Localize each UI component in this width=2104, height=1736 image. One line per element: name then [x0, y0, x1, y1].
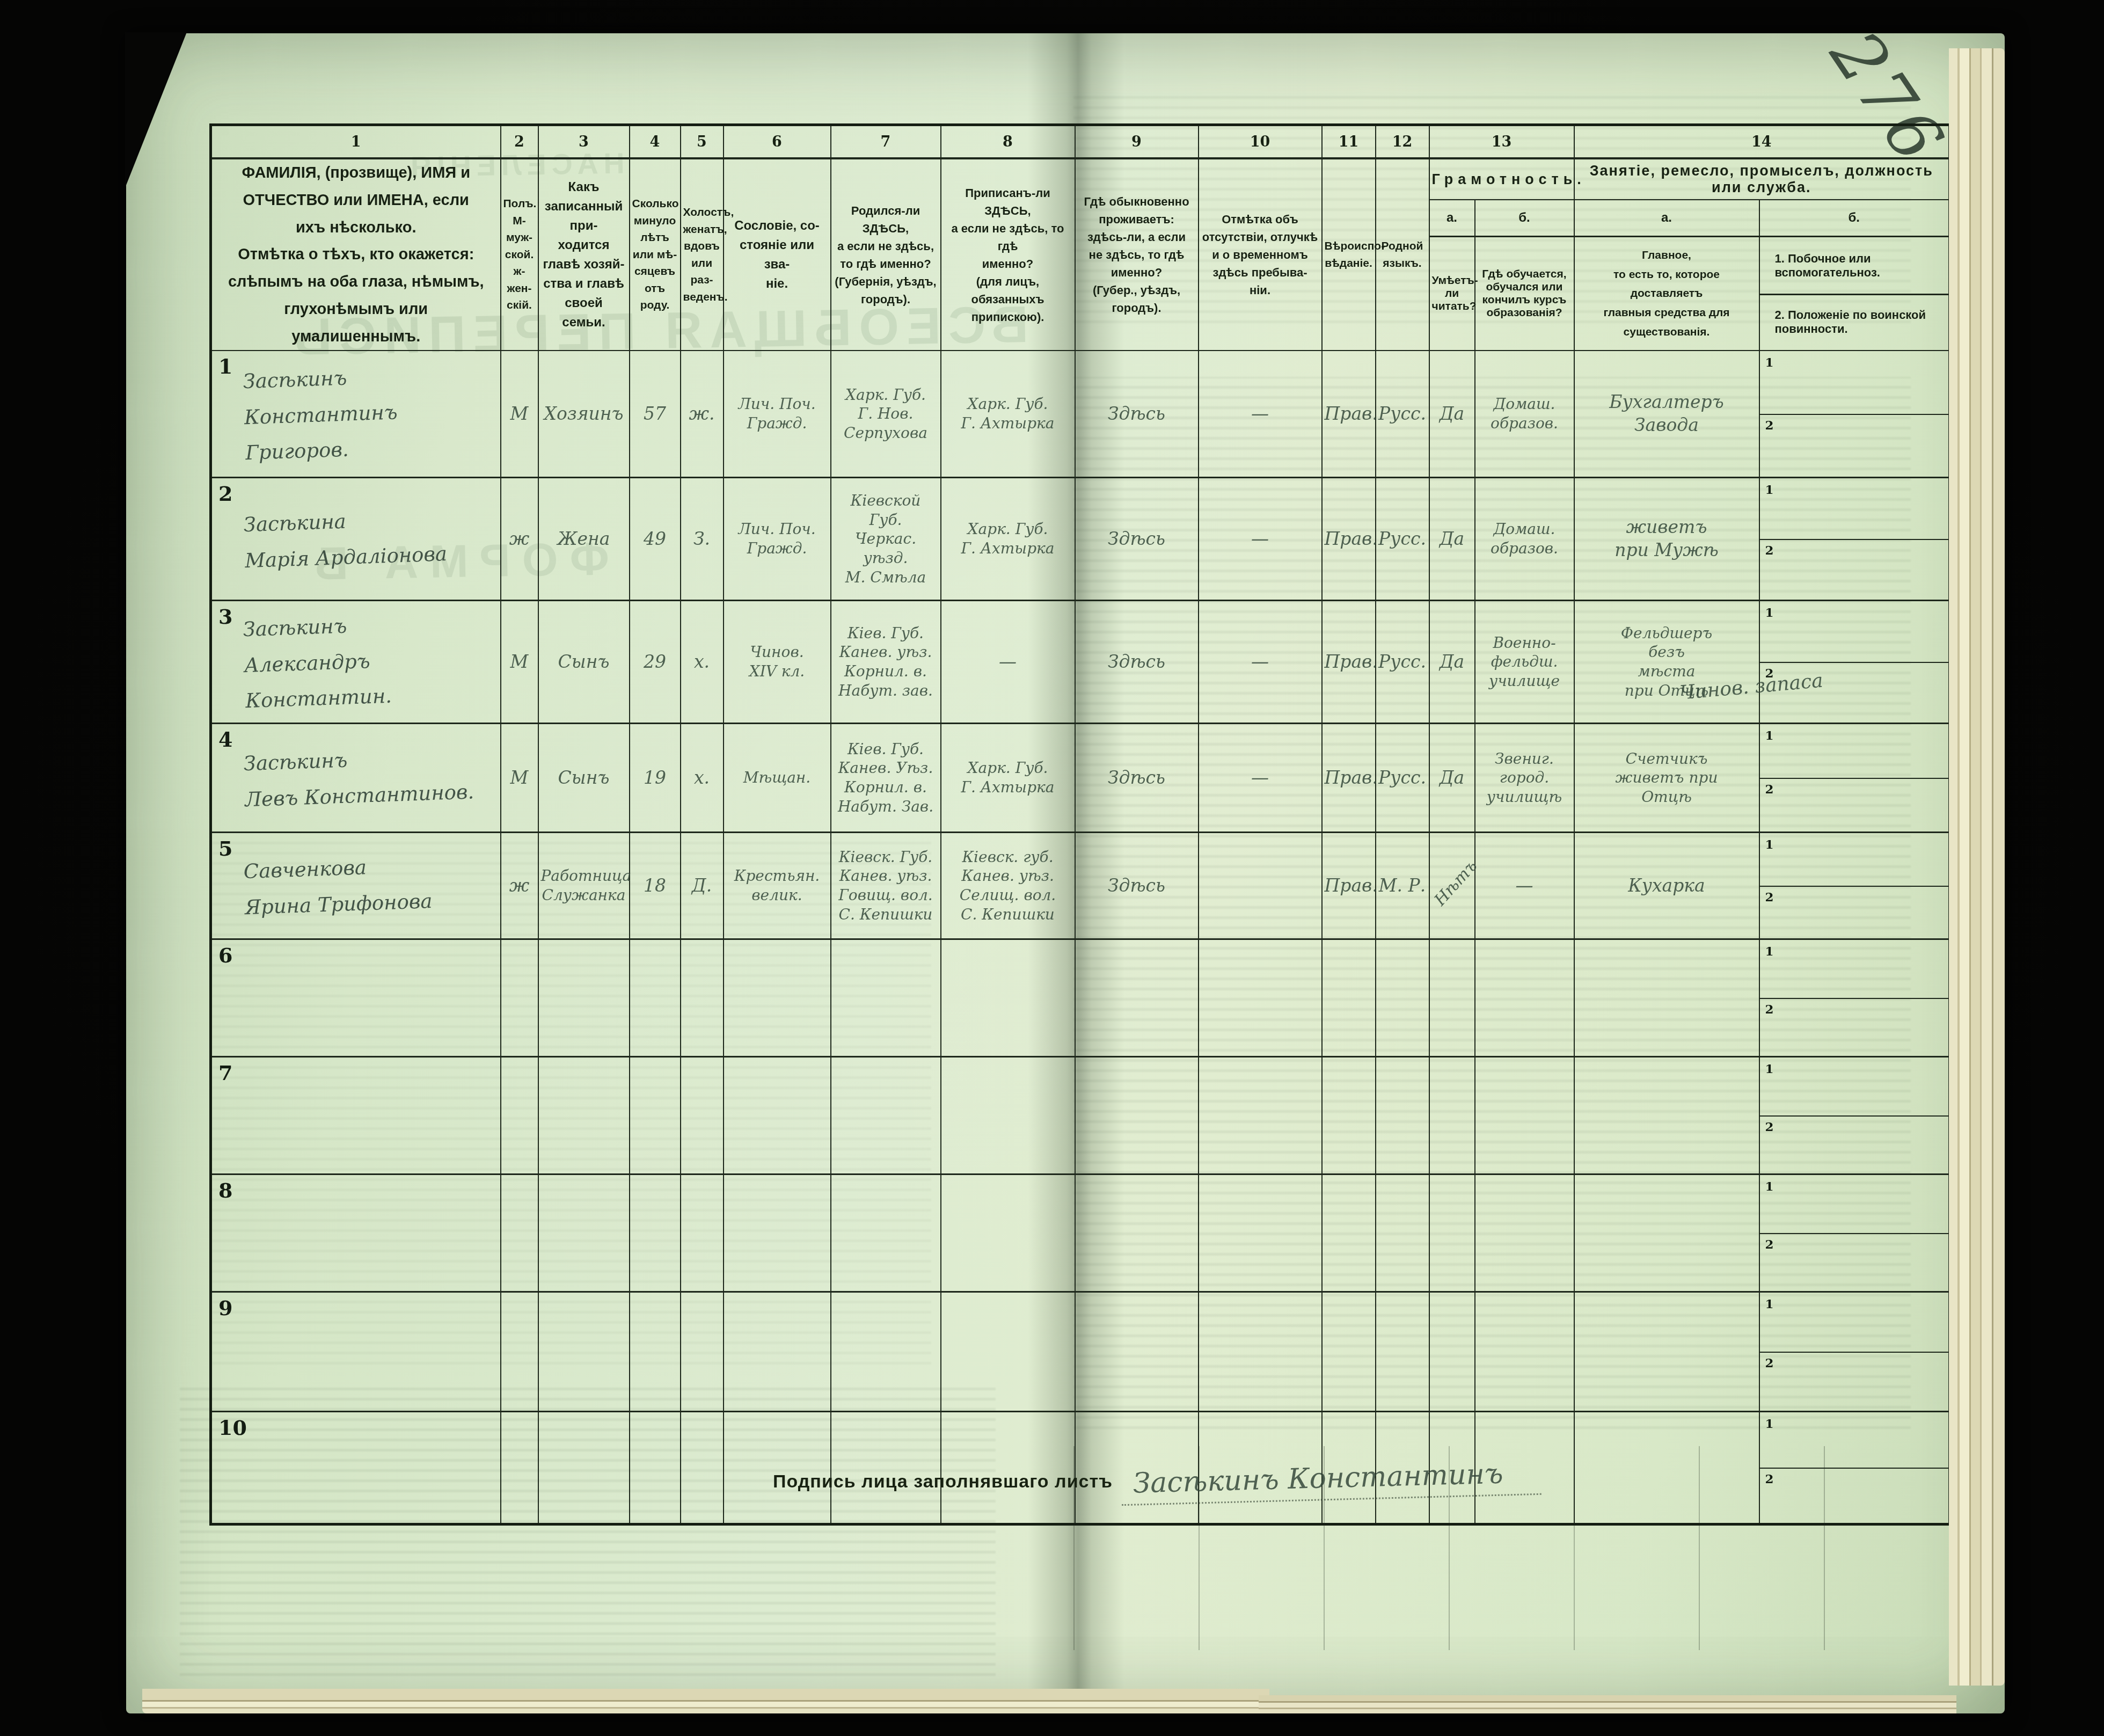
occupation-cell: Бухгалтеръ Завода	[1574, 351, 1759, 478]
language-cell	[1376, 1057, 1429, 1175]
military-status-item: 2. Положеніе по воинской повинности.	[1760, 294, 1949, 350]
residence-cell	[1075, 1057, 1199, 1175]
secondary-occupation-cell: 1 2	[1759, 833, 1950, 939]
col-header-main-occupation: Главное, то есть то, которое доставляетъ…	[1574, 237, 1759, 351]
sub-label-2: 2	[1765, 418, 1774, 433]
birthplace-cell	[831, 939, 941, 1057]
relation-cell: Сынъ	[538, 601, 630, 724]
sex-cell	[501, 1292, 538, 1412]
sex-cell	[501, 939, 538, 1057]
estate-cell	[724, 1292, 831, 1412]
col-header-name: ФАМИЛІЯ, (прозвище), ИМЯ и ОТЧЕСТВО или …	[211, 158, 501, 351]
name-cell: 6	[211, 939, 501, 1057]
census-table: 1 2 3 4 5 6 7 8 9 10 11 12 13 14 ФАМИЛІЯ…	[209, 123, 1951, 1526]
education-cell	[1475, 939, 1574, 1057]
sex-cell	[501, 1412, 538, 1525]
language-cell: М. Р.	[1376, 833, 1429, 939]
ascription-cell	[941, 939, 1075, 1057]
absence-cell	[1199, 1292, 1322, 1412]
signature-block: Подпись лица заполнявшаго листъ Засѣкинъ…	[773, 1462, 1541, 1500]
col-header-relation: Какъ записанный при- ходится главѣ хозяй…	[538, 158, 630, 351]
education-cell	[1475, 1175, 1574, 1292]
occupation-cell: Счетчикъ живетъ при Отцѣ	[1574, 724, 1759, 833]
residence-cell: Здѣсь	[1075, 478, 1199, 601]
scan-background: ВСЕОБЩАЯ ПЕРЕПИСЬ НАСЕЛЕНІЯ ФОРМА Б 276 …	[0, 0, 2104, 1736]
col-number-1: 1	[211, 125, 501, 159]
name-entry: Засѣкинъ Александръ Константин.	[213, 603, 500, 720]
birthplace-cell: Харк. Губ. Г. Нов. Серпухова	[831, 351, 941, 478]
secondary-occupation-cell: 1 2	[1759, 478, 1950, 601]
birthplace-cell	[831, 1175, 941, 1292]
relation-cell	[538, 1412, 630, 1525]
estate-cell: Лич. Поч. Гражд.	[724, 478, 831, 601]
secondary-occupation-item: 1. Побочное или вспомогательноз.	[1760, 237, 1949, 294]
religion-cell	[1322, 939, 1376, 1057]
estate-cell	[724, 939, 831, 1057]
row-number: 8	[218, 1178, 232, 1202]
education-cell	[1475, 1292, 1574, 1412]
ascription-cell: Кіевск. губ. Канев. уѣз. Селищ. вол. С. …	[941, 833, 1075, 939]
age-cell: 29	[630, 601, 681, 724]
name-cell: 3Засѣкинъ Александръ Константин.	[211, 601, 501, 724]
table-row: 1Засѣкинъ Константинъ Григоров. М Хозяин…	[211, 351, 1950, 478]
relation-cell	[538, 1057, 630, 1175]
table-row: 7 1 2	[211, 1057, 1950, 1175]
name-entry: Засѣкинъ Константинъ Григоров.	[213, 355, 500, 472]
education-cell: Звениг. город. училищѣ	[1475, 724, 1574, 833]
sub-label-1: 1	[1765, 606, 1774, 620]
ascription-cell: Харк. Губ. Г. Ахтырка	[941, 351, 1075, 478]
reads-cell: Да	[1429, 724, 1475, 833]
col-number-13: 13	[1429, 125, 1574, 159]
occupation-cell: живетъ при Мужѣ	[1574, 478, 1759, 601]
secondary-occupation-cell: 1 2 Чинов. запаса	[1759, 601, 1950, 724]
absence-cell	[1199, 1175, 1322, 1292]
residence-cell: Здѣсь	[1075, 601, 1199, 724]
sex-cell	[501, 1057, 538, 1175]
col-header-ascription: Приписанъ-ли ЗДѢСЬ, а если не здѣсь, то …	[941, 158, 1075, 351]
name-entry	[214, 1111, 498, 1120]
occupation-cell	[1574, 1057, 1759, 1175]
name-cell: 1Засѣкинъ Константинъ Григоров.	[211, 351, 501, 478]
column-header-row: ФАМИЛІЯ, (прозвище), ИМЯ и ОТЧЕСТВО или …	[211, 158, 1950, 200]
row-number: 6	[218, 943, 232, 967]
sub-label-1: 1	[1765, 355, 1774, 370]
name-cell: 4Засѣкинъ Левъ Константинов.	[211, 724, 501, 833]
name-entry	[214, 1228, 498, 1238]
col-number-11: 11	[1322, 125, 1376, 159]
name-cell: 5Савченкова Ярина Трифонова	[211, 833, 501, 939]
torn-corner	[125, 32, 187, 188]
residence-cell: Здѣсь	[1075, 724, 1199, 833]
education-cell: Домаш. образов.	[1475, 351, 1574, 478]
education-cell: Военно- фельдш. училище	[1475, 601, 1574, 724]
name-entry: Засѣкинъ Левъ Константинов.	[213, 737, 499, 819]
sex-cell: ж	[501, 478, 538, 601]
occupation-cell	[1574, 1175, 1759, 1292]
sex-cell: М	[501, 724, 538, 833]
secondary-occupation-cell: 1 2	[1759, 351, 1950, 478]
birthplace-cell	[831, 1057, 941, 1175]
relation-cell: Работница Служанка	[538, 833, 630, 939]
col-header-reads: Умѣетъ- ли читать?	[1429, 237, 1475, 351]
estate-cell: Чинов. XIV кл.	[724, 601, 831, 724]
secondary-occupation-cell: 1 2	[1759, 1292, 1950, 1412]
relation-cell	[538, 1292, 630, 1412]
row-number: 10	[218, 1416, 247, 1440]
age-cell: 57	[630, 351, 681, 478]
col-number-7: 7	[831, 125, 941, 159]
col-number-14: 14	[1574, 125, 1950, 159]
col-number-2: 2	[501, 125, 538, 159]
birthplace-cell: Кіев. Губ. Канев. Уѣз. Корнил. в. Набут.…	[831, 724, 941, 833]
reads-cell: Да	[1429, 478, 1475, 601]
col-number-5: 5	[681, 125, 724, 159]
name-cell: 10	[211, 1412, 501, 1525]
sex-cell: ж	[501, 833, 538, 939]
marital-cell	[681, 1175, 724, 1292]
marital-cell: З.	[681, 478, 724, 601]
name-entry	[214, 1347, 498, 1356]
language-cell: Русс.	[1376, 478, 1429, 601]
religion-cell	[1322, 1175, 1376, 1292]
literacy-sub-b: б.	[1475, 200, 1574, 236]
col-number-10: 10	[1199, 125, 1322, 159]
marital-cell: ж.	[681, 351, 724, 478]
table-row: 6 1 2	[211, 939, 1950, 1057]
sex-cell: М	[501, 351, 538, 478]
occupation-sub-a: а.	[1574, 200, 1759, 236]
religion-cell: Прав.	[1322, 833, 1376, 939]
marital-cell: х.	[681, 601, 724, 724]
estate-cell	[724, 1175, 831, 1292]
relation-cell: Жена	[538, 478, 630, 601]
table-row: 5Савченкова Ярина Трифонова ж Работница …	[211, 833, 1950, 939]
table-row: 2Засѣкина Марія Ардаліонова ж Жена 49 З.…	[211, 478, 1950, 601]
marital-cell	[681, 1292, 724, 1412]
sub-label-2: 2	[1765, 782, 1774, 797]
sub-label-2: 2	[1765, 1356, 1774, 1370]
reads-cell: Да	[1429, 601, 1475, 724]
occupation-cell: Фельдшеръ безъ мѣста при Отцѣ	[1574, 601, 1759, 724]
language-cell	[1376, 1292, 1429, 1412]
religion-cell: Прав.	[1322, 351, 1376, 478]
name-entry: Засѣкина Марія Ардаліонова	[213, 498, 499, 580]
col-header-age: Сколько минуло лѣтъ или мѣ- сяцевъ отъ р…	[630, 158, 681, 351]
absence-cell: —	[1199, 478, 1322, 601]
sub-label-2: 2	[1765, 543, 1774, 558]
occupation-cell	[1574, 1292, 1759, 1412]
sub-label-1: 1	[1765, 1297, 1774, 1311]
table-row: 3Засѣкинъ Александръ Константин. М Сынъ …	[211, 601, 1950, 724]
occupation-sub-b: б.	[1759, 200, 1950, 236]
marital-cell: Д.	[681, 833, 724, 939]
page-stack-edge-bottom-right	[1259, 1695, 1956, 1713]
group-header-occupation: Занятіе, ремесло, промыселъ, должность и…	[1574, 158, 1950, 200]
marital-cell	[681, 939, 724, 1057]
column-number-row: 1 2 3 4 5 6 7 8 9 10 11 12 13 14	[211, 125, 1950, 159]
secondary-occupation-cell: 1 2	[1759, 1057, 1950, 1175]
name-entry: Савченкова Ярина Трифонова	[213, 845, 499, 927]
name-cell: 9	[211, 1292, 501, 1412]
col-header-religion: Вѣроиспо- вѣданіе.	[1322, 158, 1376, 351]
absence-cell: —	[1199, 601, 1322, 724]
religion-cell: Прав.	[1322, 478, 1376, 601]
age-cell: 18	[630, 833, 681, 939]
reads-cell: Нѣтъ	[1429, 833, 1475, 939]
education-cell: —	[1475, 833, 1574, 939]
sub-label-1: 1	[1765, 837, 1774, 852]
sex-cell	[501, 1175, 538, 1292]
marital-cell	[681, 1412, 724, 1525]
absence-cell	[1199, 833, 1322, 939]
absence-cell: —	[1199, 351, 1322, 478]
language-cell: Русс.	[1376, 351, 1429, 478]
estate-cell: Лич. Поч. Гражд.	[724, 351, 831, 478]
language-cell	[1376, 1175, 1429, 1292]
col-number-3: 3	[538, 125, 630, 159]
secondary-occupation-cell: 1 2	[1759, 724, 1950, 833]
name-cell: 8	[211, 1175, 501, 1292]
sub-label-1: 1	[1765, 1417, 1774, 1431]
estate-cell: Мѣщан.	[724, 724, 831, 833]
language-cell: Русс.	[1376, 724, 1429, 833]
residence-cell: Здѣсь	[1075, 833, 1199, 939]
religion-cell	[1322, 1292, 1376, 1412]
signature-label: Подпись лица заполнявшаго листъ	[773, 1471, 1113, 1492]
col-number-6: 6	[724, 125, 831, 159]
religion-cell	[1322, 1057, 1376, 1175]
sub-label-2: 2	[1765, 1120, 1774, 1134]
relation-cell: Хозяинъ	[538, 351, 630, 478]
birthplace-cell: Кіевск. Губ. Канев. уѣз. Говищ. вол. С. …	[831, 833, 941, 939]
relation-cell	[538, 939, 630, 1057]
table-row: 8 1 2	[211, 1175, 1950, 1292]
col-header-estate: Сословіе, со- стояніе или зва- ніе.	[724, 158, 831, 351]
group-header-literacy: Грамотность.	[1429, 158, 1574, 200]
col-header-secondary-occupation: 1. Побочное или вспомогательноз. 2. Поло…	[1759, 237, 1950, 351]
literacy-sub-a: а.	[1429, 200, 1475, 236]
secondary-occupation-cell: 1 2	[1759, 1175, 1950, 1292]
reads-cell	[1429, 1057, 1475, 1175]
ascription-cell: Харк. Губ. Г. Ахтырка	[941, 478, 1075, 601]
ascription-cell	[941, 1057, 1075, 1175]
col-number-8: 8	[941, 125, 1075, 159]
sub-label-2: 2	[1765, 890, 1774, 905]
religion-cell: Прав.	[1322, 724, 1376, 833]
page-stack-edge-right	[1949, 48, 2005, 1686]
row-number: 7	[218, 1061, 232, 1085]
age-cell: 19	[630, 724, 681, 833]
language-cell: Русс.	[1376, 601, 1429, 724]
language-cell	[1376, 939, 1429, 1057]
col-header-marital: Холостъ, женатъ, вдовъ или раз- веденъ.	[681, 158, 724, 351]
residence-cell	[1075, 1175, 1199, 1292]
census-sheet: ВСЕОБЩАЯ ПЕРЕПИСЬ НАСЕЛЕНІЯ ФОРМА Б 276 …	[126, 33, 2005, 1713]
ascription-cell: —	[941, 601, 1075, 724]
estate-cell: Крестьян. велик.	[724, 833, 831, 939]
birthplace-cell: Кіев. Губ. Канев. уѣз. Корнил. в. Набут.…	[831, 601, 941, 724]
relation-cell: Сынъ	[538, 724, 630, 833]
col-header-education: Гдѣ обучается, обучался или кончилъ курс…	[1475, 237, 1574, 351]
occupation-cell	[1574, 939, 1759, 1057]
marital-cell: х.	[681, 724, 724, 833]
col-header-language: Родной языкъ.	[1376, 158, 1429, 351]
residence-cell	[1075, 1292, 1199, 1412]
absence-cell	[1199, 939, 1322, 1057]
age-cell	[630, 1057, 681, 1175]
name-entry	[214, 1463, 498, 1472]
relation-cell	[538, 1175, 630, 1292]
ascription-cell	[941, 1292, 1075, 1412]
residence-cell	[1075, 939, 1199, 1057]
name-entry	[214, 993, 498, 1003]
age-cell	[630, 1175, 681, 1292]
table-row: 9 1 2	[211, 1292, 1950, 1412]
col-header-residence: Гдѣ обыкновенно проживаетъ: здѣсь-ли, а …	[1075, 158, 1199, 351]
occupation-cell: Кухарка	[1574, 833, 1759, 939]
religion-cell: Прав.	[1322, 601, 1376, 724]
education-cell: Домаш. образов.	[1475, 478, 1574, 601]
absence-cell: —	[1199, 724, 1322, 833]
table-row: 4Засѣкинъ Левъ Константинов. М Сынъ 19 х…	[211, 724, 1950, 833]
sub-label-1: 1	[1765, 483, 1774, 497]
birthplace-cell: Кіевской Губ. Черкас. уѣзд. М. Смѣла	[831, 478, 941, 601]
col-header-birthplace: Родился-ли ЗДѢСЬ, а если не здѣсь, то гд…	[831, 158, 941, 351]
reads-cell	[1429, 939, 1475, 1057]
col-number-12: 12	[1376, 125, 1429, 159]
reads-cell	[1429, 1292, 1475, 1412]
birthplace-cell	[831, 1292, 941, 1412]
residence-cell: Здѣсь	[1075, 351, 1199, 478]
reads-cell	[1429, 1175, 1475, 1292]
sub-label-2: 2	[1765, 1002, 1774, 1017]
sub-label-1: 1	[1765, 728, 1774, 743]
absence-cell	[1199, 1057, 1322, 1175]
age-cell	[630, 1412, 681, 1525]
age-cell: 49	[630, 478, 681, 601]
col-number-9: 9	[1075, 125, 1199, 159]
col-number-4: 4	[630, 125, 681, 159]
signature-handwriting: Засѣкинъ Константинъ	[1121, 1457, 1541, 1506]
estate-cell	[724, 1057, 831, 1175]
education-cell	[1475, 1057, 1574, 1175]
ascription-cell: Харк. Губ. Г. Ахтырка	[941, 724, 1075, 833]
name-cell: 7	[211, 1057, 501, 1175]
age-cell	[630, 1292, 681, 1412]
marital-cell	[681, 1057, 724, 1175]
secondary-occupation-cell: 1 2	[1759, 939, 1950, 1057]
sex-cell: М	[501, 601, 538, 724]
age-cell	[630, 939, 681, 1057]
page-stack-edge-bottom-left	[142, 1689, 1269, 1713]
reads-cell: Да	[1429, 351, 1475, 478]
sub-label-1: 1	[1765, 1179, 1774, 1194]
sub-label-1: 1	[1765, 1062, 1774, 1076]
row-number: 2	[218, 482, 232, 506]
col-header-sex: Полъ. М-муж- ской. ж-жен- скій.	[501, 158, 538, 351]
sub-label-2: 2	[1765, 1237, 1774, 1252]
ascription-cell	[941, 1175, 1075, 1292]
col-header-absence: Отмѣтка объ отсутствіи, отлучкѣ и о врем…	[1199, 158, 1322, 351]
sub-label-1: 1	[1765, 944, 1774, 959]
reads-entry: Нѣтъ	[1430, 856, 1482, 910]
name-cell: 2Засѣкина Марія Ардаліонова	[211, 478, 501, 601]
row-number: 9	[218, 1296, 232, 1320]
